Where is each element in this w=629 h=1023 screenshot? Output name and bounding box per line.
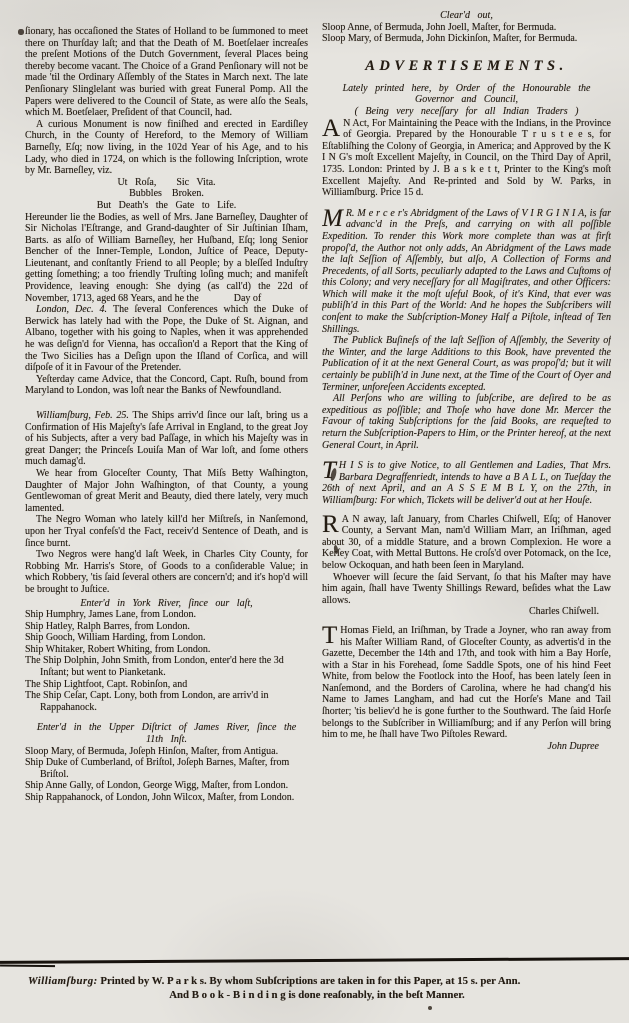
runaway-horse-advertisement: THomas Field, an Iriſhman, by Trade a Jo… <box>322 625 611 741</box>
ship-entry: Sloop Anne, of Bermuda, John Joell, Maſt… <box>322 22 611 34</box>
imprint-line1: Williamſburg: Printed by W. P a r k s. B… <box>28 974 606 988</box>
spacer <box>322 451 611 460</box>
paragraph: The Negro Woman who lately kill'd her Mi… <box>25 514 308 549</box>
dateline: Williamſburg, Feb. 25. <box>36 410 133 421</box>
dateline: London, Dec. 4. <box>36 304 113 315</box>
advertisements-heading: ADVERTISEMENTS. <box>322 56 611 76</box>
paragraph: We hear from Gloceſter County, That Miſs… <box>25 468 308 514</box>
imprint-line2: And B o o k - B i n d i n g is done reaſ… <box>28 988 606 1002</box>
spacer <box>322 507 611 514</box>
ship-entry: Ship Duke of Cumberland, of Briſtol, Joſ… <box>25 757 308 780</box>
ship-entry: Sloop Mary, of Bermuda, John Dickinſon, … <box>322 33 611 45</box>
centered-line: Ut Roſa, Sic Vita. <box>25 177 308 189</box>
ink-blot <box>18 29 24 35</box>
drop-cap: A <box>322 118 343 139</box>
imprint-footer: Williamſburg: Printed by W. P a r k s. B… <box>28 974 606 1002</box>
ball-assembly-notice: TH I S is to give Notice, to all Gentlem… <box>322 460 611 506</box>
ship-entry: Ship Rappahanock, of London, John Wilcox… <box>25 792 308 804</box>
entered-james-river-heading: Enter'd in the Upper Diſtrict of James R… <box>25 722 308 745</box>
ship-entry: The Ship Dolphin, John Smith, from Londo… <box>25 655 308 678</box>
mercer-advertisement: MR. M e r c e r's Abridgment of the Laws… <box>322 208 611 336</box>
indian-traders-line: ( Being very neceſſary for all Indian Tr… <box>322 106 611 118</box>
paragraph: A curious Monument is now finiſhed and e… <box>25 119 308 177</box>
ship-entry: Ship Whitaker, Robert Whiting, from Lond… <box>25 644 308 656</box>
ship-entry: Ship Hatley, Ralph Barres, from London. <box>25 621 308 633</box>
runaway-servant-advertisement: RA N away, laſt January, from Charles Ch… <box>322 514 611 572</box>
paragraph: Williamſburg, Feb. 25. The Ships arriv'd… <box>25 410 308 468</box>
dupree-signature: John Dupree <box>322 741 611 753</box>
paragraph: London, Dec. 4. The ſeveral Conferences … <box>25 304 308 374</box>
ship-entry: Sloop Mary, of Bermuda, Joſeph Hinſon, M… <box>25 746 308 758</box>
centered-line: But Death's the Gate to Life. <box>25 200 308 212</box>
ship-entry: Ship Gooch, William Harding, from London… <box>25 632 308 644</box>
paragraph: Hereunder lie the Bodies, as well of Mrs… <box>25 212 308 305</box>
mercer-advertisement: The Publick Buſineſs of the laſt Seſſion… <box>322 335 611 393</box>
spacer <box>322 45 611 54</box>
drop-cap: T <box>322 460 339 481</box>
newspaper-page: ſionary, has occaſioned the States of Ho… <box>0 0 629 1023</box>
ship-entry: The Ship Lightfoot, Capt. Robinſon, and <box>25 679 308 691</box>
act-advertisement: AN Act, For Maintaining the Peace with t… <box>322 118 611 199</box>
spacer <box>322 199 611 208</box>
ship-entry: Ship Humphry, James Lane, from London. <box>25 609 308 621</box>
centered-line: Bubbles Broken. <box>25 188 308 200</box>
lately-printed-line: Lately printed here, by Order of the Hon… <box>322 83 611 106</box>
drop-cap: T <box>322 625 340 646</box>
right-advertisements-column: Clear'd out,Sloop Anne, of Bermuda, John… <box>322 10 611 954</box>
entered-york-river-heading: Enter'd in York River, ſince our laſt, <box>25 598 308 610</box>
paragraph: Two Negros were hang'd laſt Week, in Cha… <box>25 549 308 595</box>
ink-blot <box>428 1006 432 1010</box>
drop-cap: R <box>322 514 342 535</box>
ship-entry: Ship Anne Gally, of London, George Wigg,… <box>25 780 308 792</box>
left-news-column: ſionary, has occaſioned the States of Ho… <box>25 26 308 954</box>
ship-entry: The Ship Ceſar, Capt. Lony, both from Lo… <box>25 690 308 713</box>
chiswell-signature: Charles Chiſwell. <box>322 606 611 618</box>
footer-rule <box>0 957 629 964</box>
drop-cap: M <box>322 208 346 229</box>
imprint-place: Williamſburg: <box>28 975 98 987</box>
paragraph: Yeſterday came Advice, that the Concord,… <box>25 374 308 397</box>
imprint-text: Printed by W. P a r k s. By whom Subſcri… <box>98 975 521 987</box>
cleared-out-heading: Clear'd out, <box>322 10 611 22</box>
runaway-servant-advertisement: Whoever will ſecure the ſaid Servant, ſo… <box>322 572 611 607</box>
spacer <box>322 618 611 625</box>
paragraph: ſionary, has occaſioned the States of Ho… <box>25 26 308 119</box>
mercer-advertisement: All Perſons who are willing to ſubſcribe… <box>322 393 611 451</box>
spacer <box>25 397 308 410</box>
